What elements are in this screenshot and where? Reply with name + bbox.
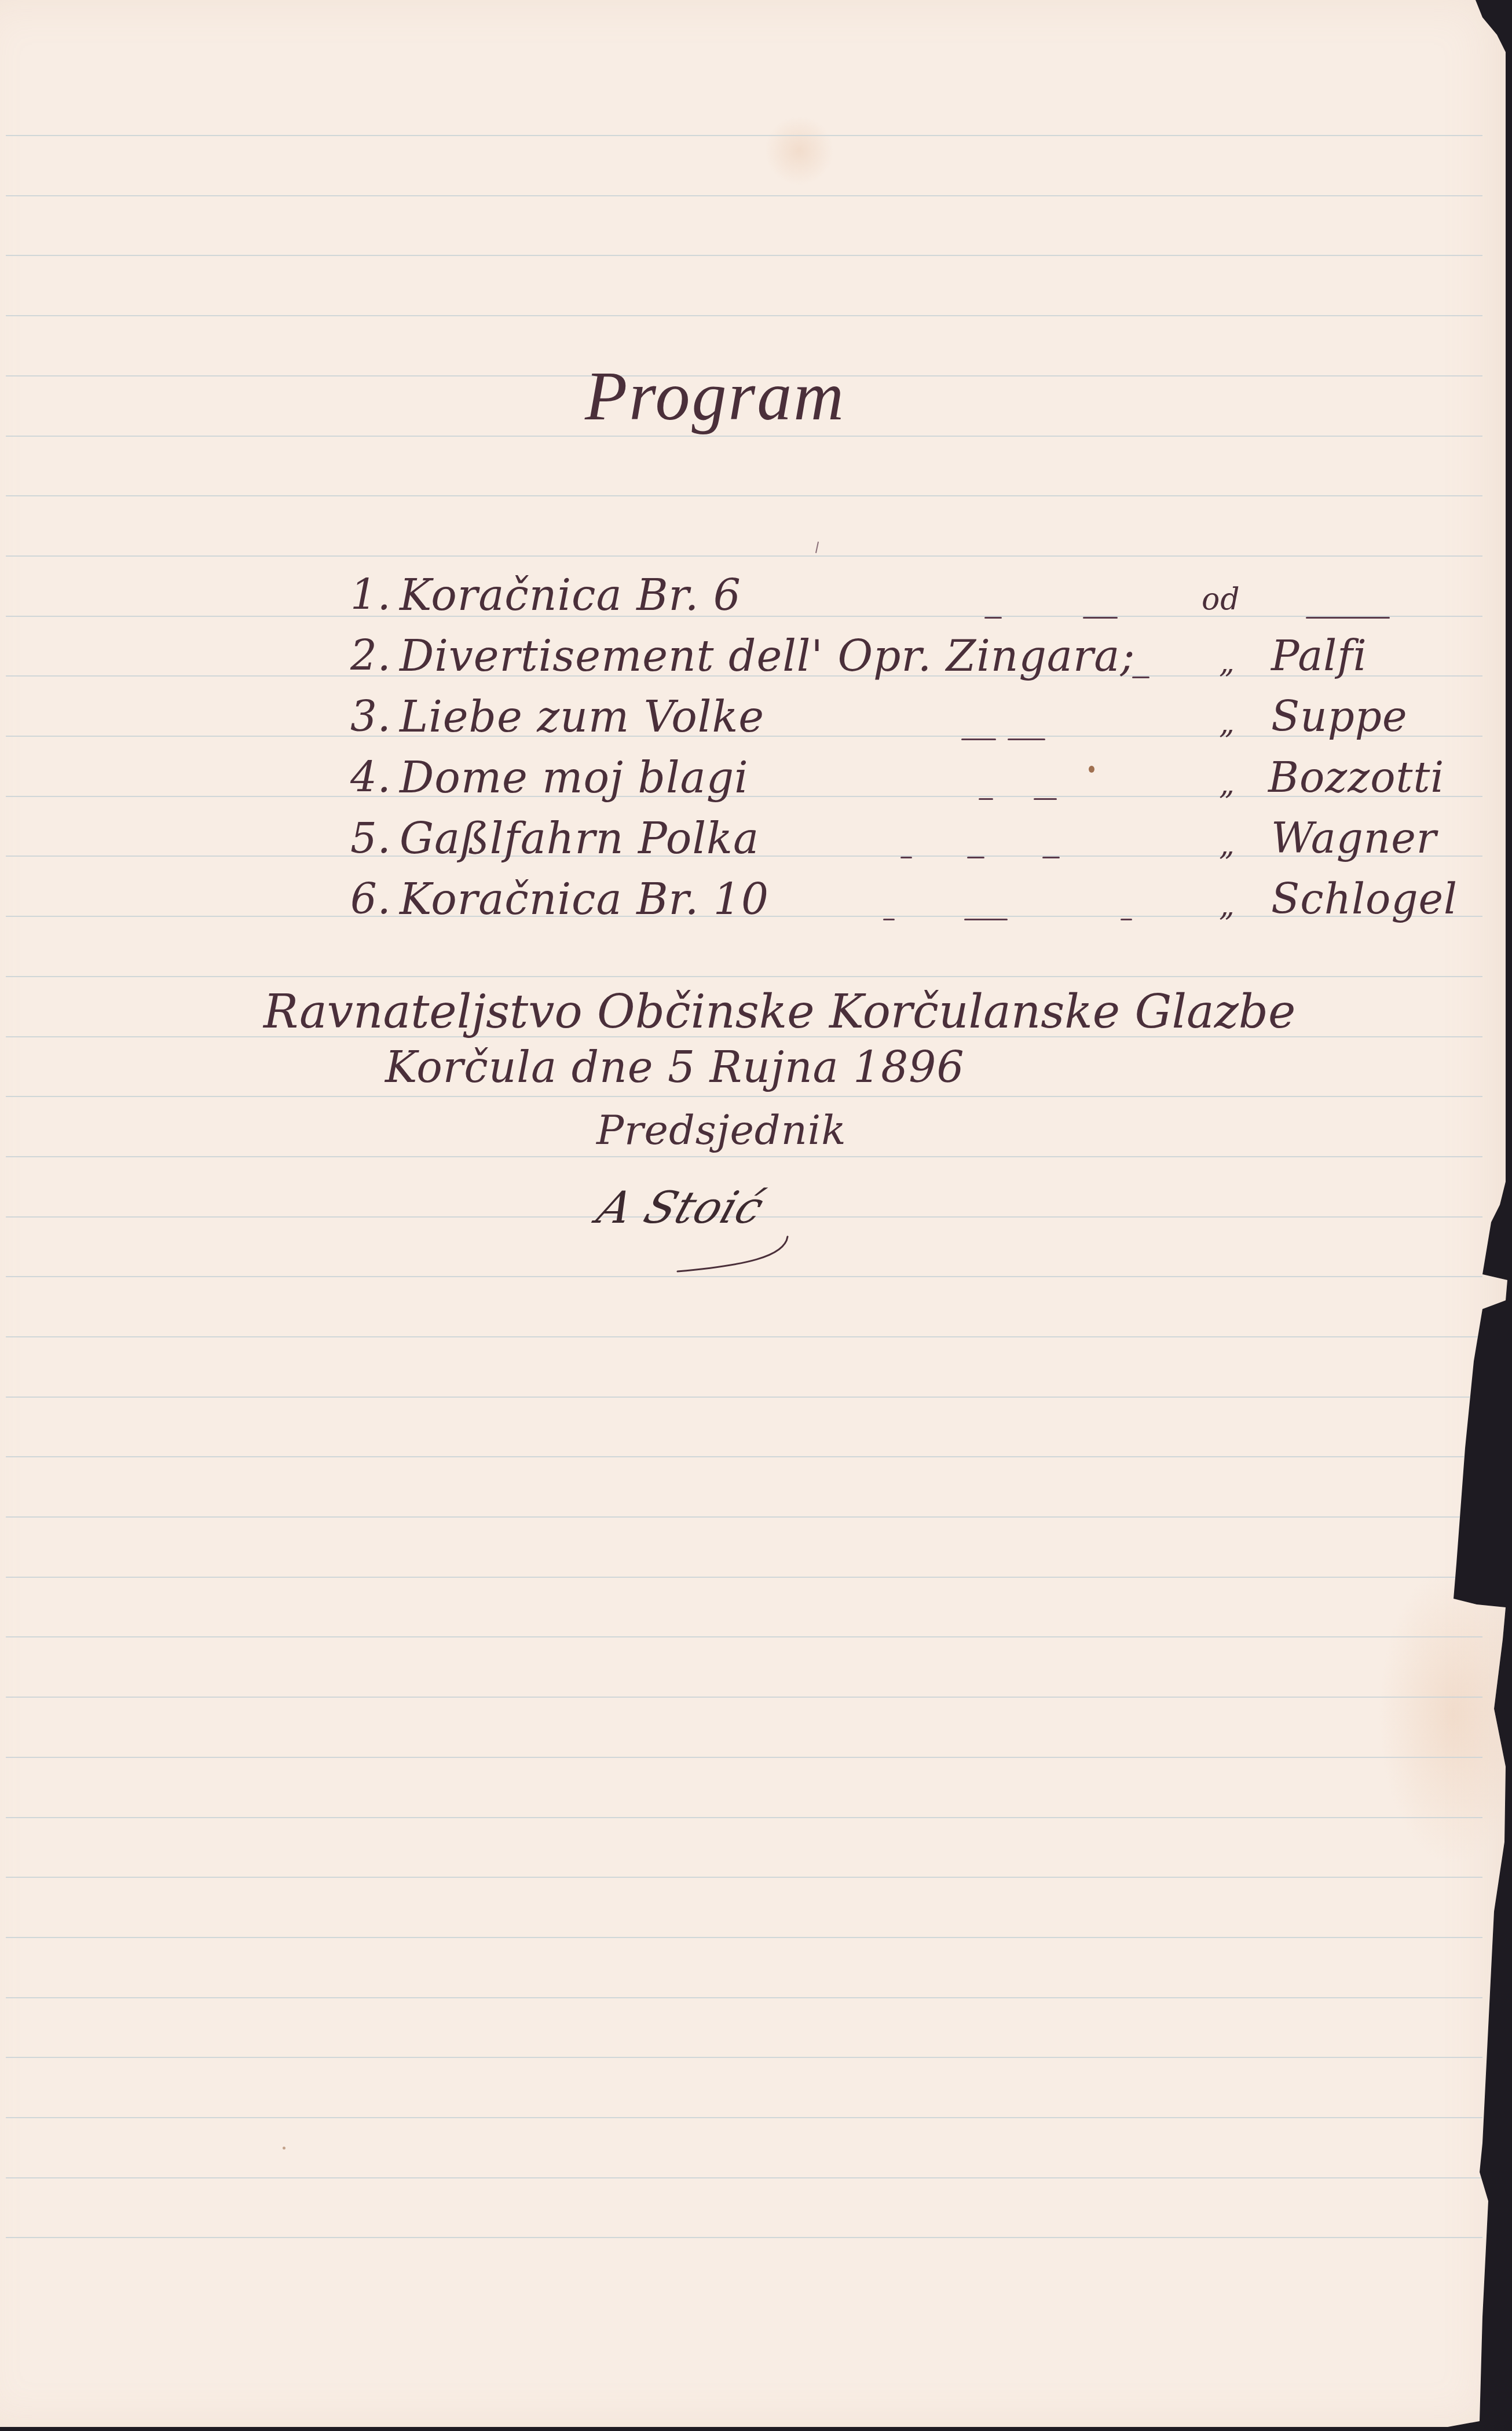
item-composer: Suppe bbox=[1271, 692, 1407, 741]
ruled-line bbox=[6, 1156, 1482, 1157]
ruled-line bbox=[6, 495, 1482, 496]
item-number: 3. bbox=[350, 692, 391, 741]
leader-dash bbox=[964, 919, 1008, 920]
program-item: 1. Koračnica Br. 6 od bbox=[0, 571, 1512, 628]
item-composer: Schlogel bbox=[1271, 875, 1458, 923]
item-number: 2. bbox=[350, 631, 391, 680]
item-number: 4. bbox=[350, 753, 391, 802]
item-composer: Bozzotti bbox=[1268, 753, 1444, 802]
ruled-line bbox=[6, 315, 1482, 316]
ruled-line bbox=[6, 1997, 1482, 1998]
item-composer: Wagner bbox=[1271, 814, 1437, 862]
item-composer: Palfi bbox=[1271, 631, 1367, 680]
item-connector: „ bbox=[1219, 828, 1235, 862]
leader-dash bbox=[1008, 739, 1045, 740]
ruled-line bbox=[6, 1276, 1482, 1277]
signature-flourish bbox=[675, 1234, 790, 1274]
page-title: Program bbox=[585, 356, 845, 436]
leader-dash bbox=[1042, 857, 1060, 858]
program-item: 5. Gaßlfahrn Polka „ Wagner bbox=[0, 814, 1512, 872]
item-connector: od bbox=[1202, 582, 1240, 617]
item-number: 5. bbox=[350, 814, 391, 862]
leader-dash bbox=[1034, 798, 1057, 800]
ruled-line bbox=[6, 1757, 1482, 1758]
role-line: Predsjednik bbox=[596, 1106, 847, 1154]
program-item: 4. Dome moj blagi „ Bozzotti bbox=[0, 753, 1512, 811]
leader-dash bbox=[961, 739, 996, 740]
ruled-line bbox=[6, 255, 1482, 256]
leader-dash bbox=[979, 798, 993, 800]
composer-blank bbox=[1306, 617, 1390, 619]
program-item: 2. Divertisement dell' Opr. Zingara; „ P… bbox=[0, 631, 1512, 689]
ruled-line bbox=[6, 555, 1482, 557]
leader-dash bbox=[967, 857, 984, 858]
issuer-line: Ravnateljstvo Občinske Korčulanske Glazb… bbox=[263, 985, 1295, 1039]
ruled-line bbox=[6, 2117, 1482, 2118]
item-piece: Liebe zum Volke bbox=[400, 692, 764, 742]
item-piece: Koračnica Br. 10 bbox=[400, 875, 769, 924]
leader-dash bbox=[883, 919, 895, 920]
ink-speck bbox=[283, 2147, 285, 2149]
leader-dash bbox=[984, 617, 1002, 619]
program-item: 6. Koračnica Br. 10 „ Schlogel bbox=[0, 875, 1512, 933]
ruled-line bbox=[6, 1336, 1482, 1337]
item-number: 1. bbox=[350, 571, 391, 619]
paper-sheet: Program 1. Koračnica Br. 6 od 2. Diverti… bbox=[0, 0, 1512, 2427]
item-connector: „ bbox=[1219, 767, 1235, 802]
item-connector: „ bbox=[1219, 645, 1235, 680]
ruled-line bbox=[6, 1817, 1482, 1818]
item-piece: Dome moj blagi bbox=[400, 753, 749, 803]
ruled-line bbox=[6, 2177, 1482, 2178]
program-item: 3. Liebe zum Volke „ Suppe bbox=[0, 692, 1512, 750]
ruled-line bbox=[6, 1516, 1482, 1518]
ruled-line bbox=[6, 1577, 1482, 1578]
item-piece: Koračnica Br. 6 bbox=[400, 571, 741, 620]
ruled-line bbox=[6, 1697, 1482, 1698]
leader-dash bbox=[900, 857, 912, 858]
ruled-line bbox=[6, 1937, 1482, 1938]
signature: A Stoić bbox=[591, 1182, 771, 1233]
ruled-line bbox=[6, 1397, 1482, 1398]
ruled-line bbox=[6, 1636, 1482, 1637]
place-date-line: Korčula dne 5 Rujna 1896 bbox=[385, 1043, 965, 1092]
ruled-line bbox=[6, 2057, 1482, 2058]
item-connector: „ bbox=[1219, 889, 1235, 923]
ruled-line bbox=[6, 1456, 1482, 1457]
item-number: 6. bbox=[350, 875, 391, 923]
ruled-line bbox=[6, 1877, 1482, 1878]
ruled-line bbox=[6, 2237, 1482, 2238]
leader-dash bbox=[1083, 617, 1118, 619]
ruled-line bbox=[6, 1096, 1482, 1097]
ruled-line bbox=[6, 195, 1482, 196]
item-piece: Divertisement dell' Opr. Zingara; bbox=[400, 631, 1135, 681]
item-connector: „ bbox=[1219, 706, 1235, 741]
item-piece: Gaßlfahrn Polka bbox=[400, 814, 759, 864]
ruled-line bbox=[6, 976, 1482, 977]
leader-dash bbox=[1121, 919, 1132, 920]
ruled-line bbox=[6, 135, 1482, 136]
leader-dash bbox=[1132, 677, 1149, 678]
